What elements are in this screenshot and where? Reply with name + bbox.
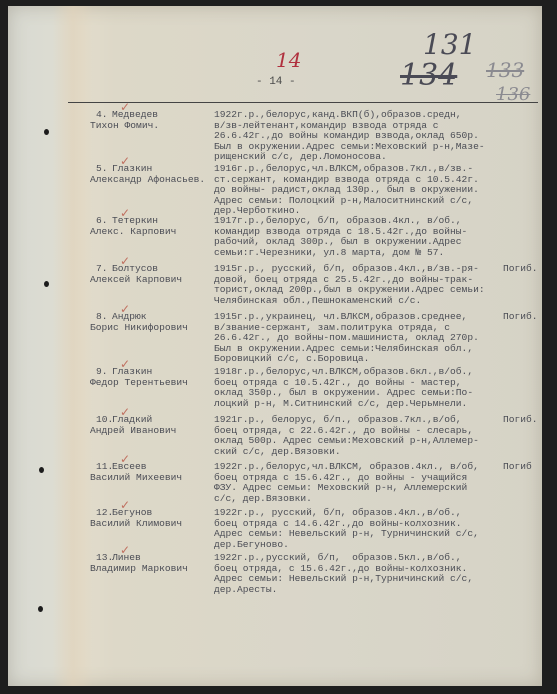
entry-number: 11. (96, 462, 113, 473)
entry-given-name: Александр Афонасьев. (90, 175, 205, 186)
entry-given-name: Федор Терентьевич (90, 378, 188, 389)
entry-status: Погиб. (503, 312, 538, 323)
entry-description: 1915г.р.,украинец, чл.ВЛКСМ,образов.сред… (214, 312, 504, 365)
description-line: 1922г.р.,белорус,чл.ВЛКСМ, образов.4кл.,… (214, 462, 504, 473)
entry-description: 1922г.р.,русский, б/п, образов.5кл.,в/об… (214, 553, 504, 595)
entry-status: Погиб (503, 462, 532, 473)
entry-number: 13. (96, 553, 113, 564)
entry-given-name: Алексей Карпович (90, 275, 182, 286)
entry-number: 6. (96, 216, 108, 227)
description-line: 1915г.р., русский, б/п, образов.4кл.,в/з… (214, 264, 504, 275)
punch-hole (44, 129, 49, 135)
description-line: 1916г.р.,белорус,чл.ВЛКСМ,образов.7кл.,в… (214, 164, 504, 175)
entry-number: 9. (96, 367, 108, 378)
entry-number: 7. (96, 264, 108, 275)
entry-given-name: Андрей Иванович (90, 426, 176, 437)
handwritten-page-number: 14 (276, 48, 301, 72)
description-line: Челябинская обл.,Пешнокаменский с/с. (214, 296, 504, 307)
description-line: 1922г.р.,русский, б/п, образов.5кл.,в/об… (214, 553, 504, 564)
entry-number: 5. (96, 164, 108, 175)
document-page: 14 131 134 133 136 - 14 - ✓МедведевТихон… (8, 6, 542, 686)
punch-hole (44, 281, 49, 287)
description-line: семьи:г.Черезники, ул.8 марта, дом № 57. (214, 248, 504, 259)
entry-status: Погиб. (503, 415, 538, 426)
description-line: с/с, дер.Вязовки. (214, 494, 504, 505)
entry-description: 1918г.р.,белорус,чл.ВЛКСМ,образов.6кл.,в… (214, 367, 504, 409)
entry-description: 1922г.р., русский, б/п, образов.4кл.,в/о… (214, 508, 504, 550)
description-line: рищенский с/с, дер.Ломоносова. (214, 152, 504, 163)
description-line: 1921г.р., белорус, б/п., образов.7кл.,в/… (214, 415, 504, 426)
entry-given-name: Алекс. Карпович (90, 227, 176, 238)
description-line: лоцкий р-н, М.Ситнинский с/с, дер.Черьмн… (214, 399, 504, 410)
entry-given-name: Владимир Маркович (90, 564, 188, 575)
description-line: дер.Аресты. (214, 585, 504, 596)
archive-sheet-number: 131 (423, 28, 476, 61)
entry-description: 1917г.р.,белорус, б/п, образов.4кл., в/о… (214, 216, 504, 258)
entry-number: 10. (96, 415, 113, 426)
entry-given-name: Борис Никифорович (90, 323, 188, 334)
entry-given-name: Василий Михеевич (90, 473, 182, 484)
paper-crease (53, 6, 93, 686)
entry-number: 12. (96, 508, 113, 519)
description-line: 1917г.р.,белорус, б/п, образов.4кл., в/о… (214, 216, 504, 227)
punch-hole (38, 606, 43, 612)
entry-given-name: Василий Климович (90, 519, 182, 530)
entry-status: Погиб. (503, 264, 538, 275)
description-line: 1922г.р.,белорус,канд.ВКП(б),образов.сре… (214, 110, 504, 121)
typed-page-number: - 14 - (256, 76, 296, 88)
description-line: ский с/с, дер.Вязовки. (214, 447, 504, 458)
archive-sheet-number-struck: 134 (400, 58, 457, 93)
entry-description: 1922г.р.,белорус,канд.ВКП(б),образов.сре… (214, 110, 504, 163)
header-rule (68, 102, 538, 103)
entry-given-name: Тихон Фомич. (90, 121, 159, 132)
description-line: дер.Бегуново. (214, 540, 504, 551)
entry-description: 1921г.р., белорус, б/п., образов.7кл.,в/… (214, 415, 504, 457)
entry-description: 1916г.р.,белорус,чл.ВЛКСМ,образов.7кл.,в… (214, 164, 504, 217)
description-line: 1922г.р., русский, б/п, образов.4кл.,в/о… (214, 508, 504, 519)
description-line: 1915г.р.,украинец, чл.ВЛКСМ,образов.сред… (214, 312, 504, 323)
archive-number-struck-right: 133 (486, 58, 524, 82)
description-line: Боровицкий с/с, с.Боровица. (214, 354, 504, 365)
punch-hole (39, 467, 44, 473)
entry-description: 1915г.р., русский, б/п, образов.4кл.,в/з… (214, 264, 504, 306)
entry-description: 1922г.р.,белорус,чл.ВЛКСМ, образов.4кл.,… (214, 462, 504, 504)
entry-number: 4. (96, 110, 108, 121)
description-line: 1918г.р.,белорус,чл.ВЛКСМ,образов.6кл.,в… (214, 367, 504, 378)
entry-number: 8. (96, 312, 108, 323)
